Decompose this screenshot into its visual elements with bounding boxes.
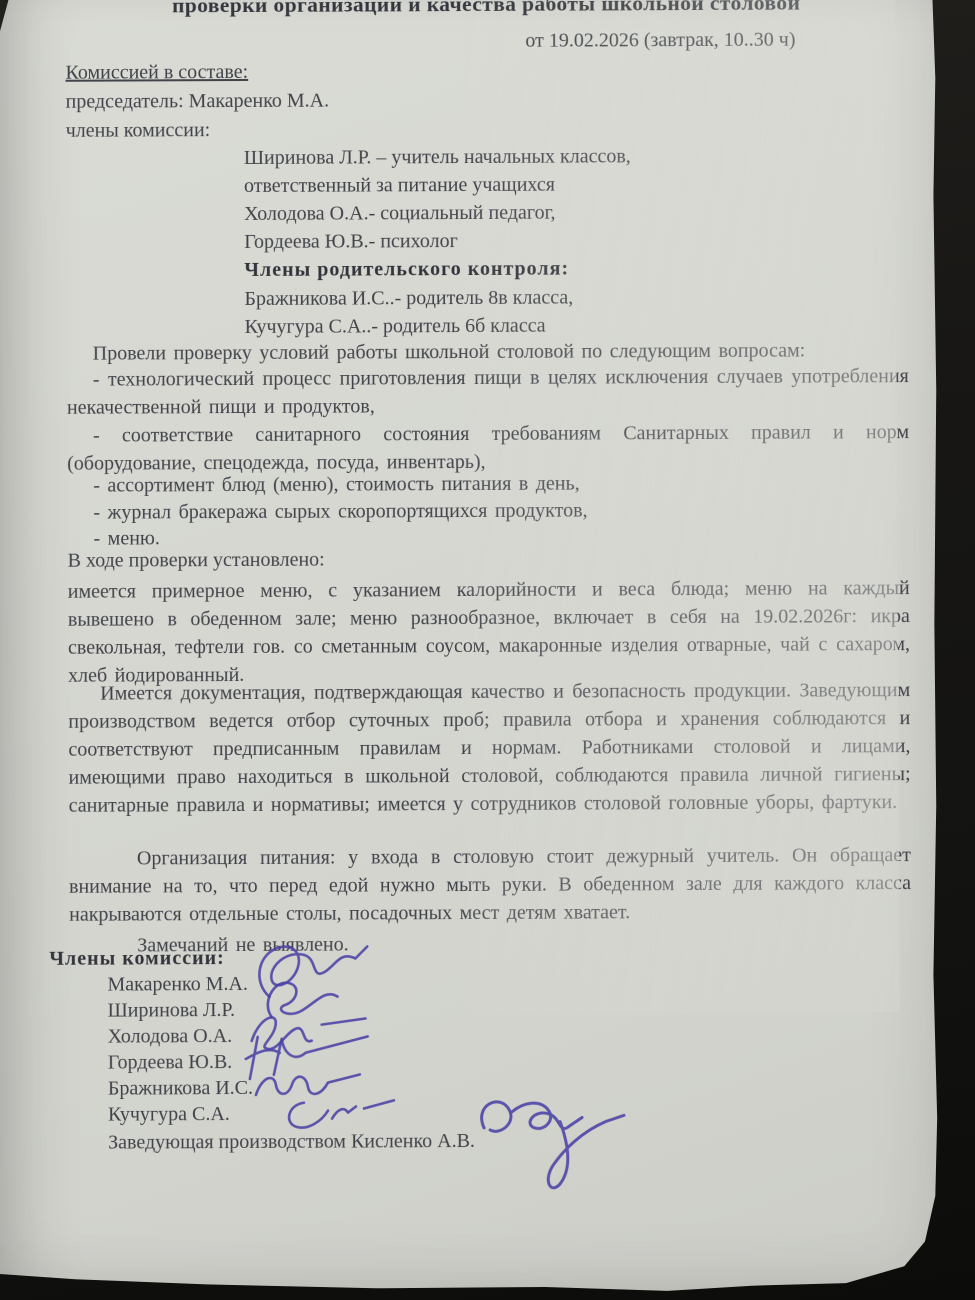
- inspection-item: - меню.: [67, 521, 909, 553]
- findings-paragraph-menu: имеется примерное меню, с указанием кало…: [68, 574, 910, 690]
- commission-heading: Комиссией в составе:: [65, 61, 248, 85]
- commission-member: Гордеева Ю.В.- психолог: [244, 230, 458, 254]
- signature-name: Ширинова Л.Р.: [108, 999, 236, 1023]
- findings-heading: В ходе проверки установлено:: [68, 549, 325, 573]
- parent-control-member: Кучугура С.А..- родитель 6б класса: [245, 315, 546, 339]
- commission-member: Холодова О.А.- социальный педагог,: [244, 202, 556, 226]
- inspection-item: - технологический процесс приготовления …: [67, 362, 909, 422]
- commission-members-label: члены комиссии:: [66, 119, 211, 143]
- parent-control-heading: Члены родительского контроля:: [244, 258, 569, 282]
- signature-name: Кучугура С.А.: [108, 1103, 230, 1127]
- commission-chairman: председатель: Макаренко М.А.: [66, 90, 330, 114]
- commission-member: Ширинова Л.Р. – учитель начальных классо…: [244, 145, 631, 170]
- parent-control-member: Бражникова И.С..- родитель 8в класса,: [244, 287, 573, 311]
- signature-name: Холодова О.А.: [108, 1025, 233, 1049]
- signature-name: Макаренко М.А.: [107, 973, 248, 997]
- signature-kislenko-ink: [464, 1091, 635, 1207]
- document-title: проверки организации и качества работы ш…: [65, 0, 907, 19]
- signature-name: Бражникова И.С.: [108, 1077, 253, 1101]
- signature-name: Гордеева Ю.В.: [108, 1051, 233, 1075]
- date-line: от 19.02.2026 (завтрак, 10..30 ч): [525, 29, 795, 53]
- findings-paragraph-documentation: Имеется документация, подтверждающая кач…: [68, 676, 911, 820]
- findings-paragraph-organization: Организация питания: у входа в столовую …: [69, 841, 911, 929]
- manager-signature-line: Заведующая производством Кисленко А.В.: [108, 1130, 475, 1155]
- signatures-heading: Члены комиссии:: [49, 947, 225, 971]
- signature-kuchugura-ink: [278, 1086, 398, 1133]
- commission-member: ответственный за питание учащихся: [244, 174, 555, 198]
- paper-sheet: проверки организации и качества работы ш…: [0, 0, 940, 1300]
- document-photo: проверки организации и качества работы ш…: [0, 0, 975, 1300]
- document-content: проверки организации и качества работы ш…: [0, 0, 943, 1300]
